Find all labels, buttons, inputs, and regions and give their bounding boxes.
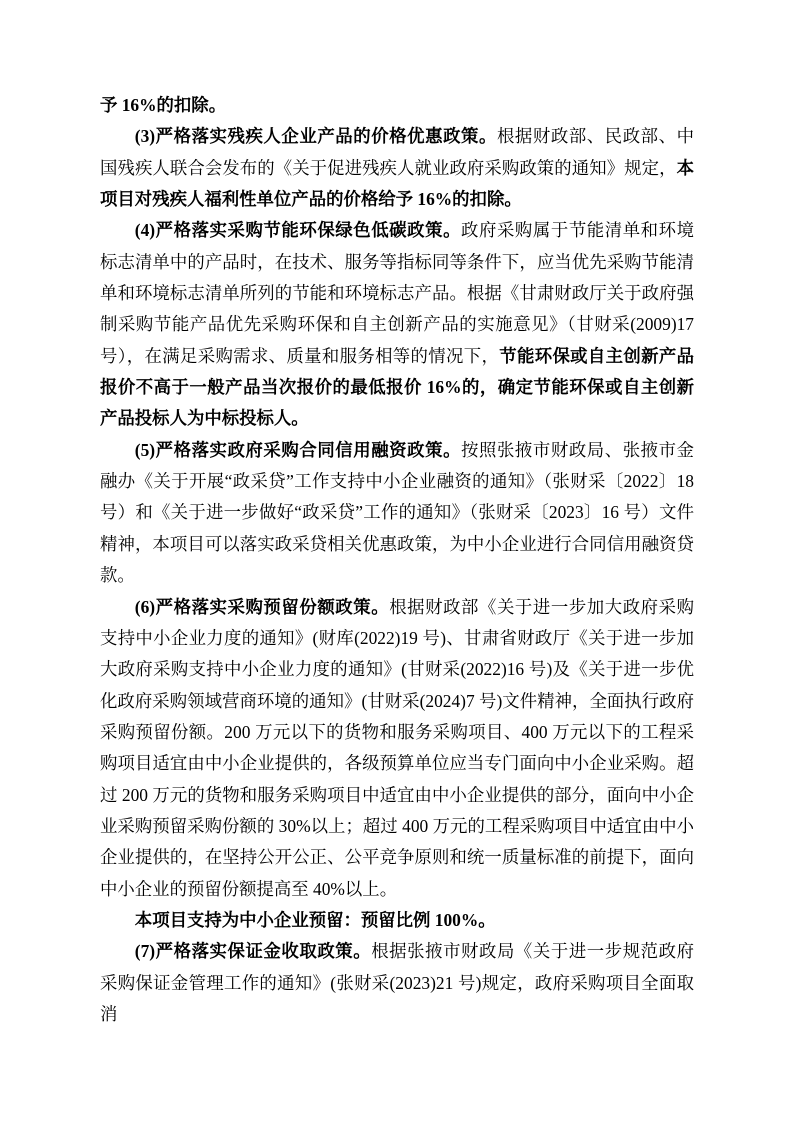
paragraph-policy-5: (5)严格落实政府采购合同信用融资政策。按照张掖市财政局、张掖市金融办《关于开展… (100, 435, 694, 592)
text-segment: 政府采购属于节能清单和环境标志清单中的产品时，在技术、服务等指标同等条件下，应当… (100, 220, 694, 365)
text-segment: 按照张掖市财政局、张掖市金融办《关于开展“政采贷”工作支持中小企业融资的通知》（… (100, 440, 694, 585)
policy-6-heading: (6)严格落实采购预留份额政策。 (135, 597, 389, 617)
policy-4-heading: (4)严格落实采购节能环保绿色低碳政策。 (135, 220, 461, 240)
policy-3-heading: (3)严格落实残疾人企业产品的价格优惠政策。 (135, 126, 497, 146)
text-segment: 根据财政部《关于进一步加大政府采购支持中小企业力度的通知》(财库(2022)19… (100, 597, 694, 899)
paragraph-policy-6: (6)严格落实采购预留份额政策。根据财政部《关于进一步加大政府采购支持中小企业力… (100, 592, 694, 905)
paragraph-carryover: 予 16%的扣除。 (100, 90, 694, 121)
paragraph-policy-3: (3)严格落实残疾人企业产品的价格优惠政策。根据财政部、民政部、中国残疾人联合会… (100, 121, 694, 215)
paragraph-sme-reserve: 本项目支持为中小企业预留：预留比例 100%。 (100, 905, 694, 936)
policy-7-heading: (7)严格落实保证金收取政策。 (135, 941, 371, 961)
sme-reserve-statement: 本项目支持为中小企业预留：预留比例 100%。 (135, 910, 496, 930)
paragraph-policy-4: (4)严格落实采购节能环保绿色低碳政策。政府采购属于节能清单和环境标志清单中的产… (100, 215, 694, 434)
paragraph-policy-7: (7)严格落实保证金收取政策。根据张掖市财政局《关于进一步规范政府采购保证金管理… (100, 936, 694, 1030)
policy-5-heading: (5)严格落实政府采购合同信用融资政策。 (135, 440, 461, 460)
text-segment: 予 16%的扣除。 (100, 95, 226, 115)
document-page: 予 16%的扣除。 (3)严格落实残疾人企业产品的价格优惠政策。根据财政部、民政… (0, 0, 793, 1122)
